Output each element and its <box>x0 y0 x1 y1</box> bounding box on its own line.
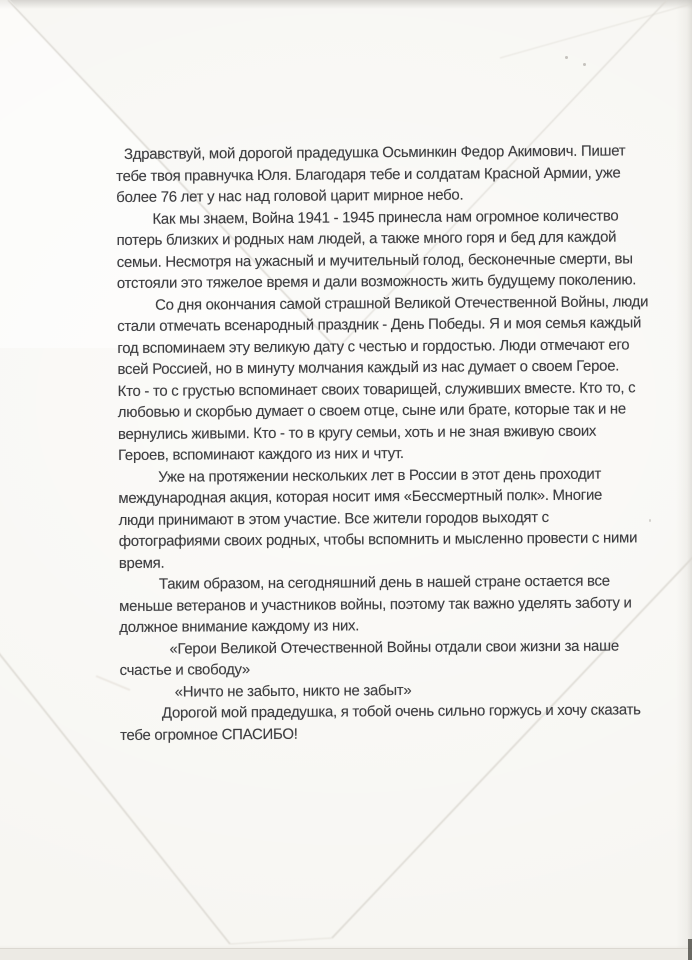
scan-speck <box>565 56 568 59</box>
scanned-page: Здравствуй, мой дорогой прадедушка Осьми… <box>0 0 692 960</box>
letter-line: отстояли это тяжелое время и дали возмож… <box>117 269 648 294</box>
letter-line: Здравствуй, мой дорогой прадедушка Осьми… <box>116 140 647 165</box>
scan-bottom-edge <box>0 948 692 960</box>
letter-line: «Герои Великой Отечественной Войны отдал… <box>119 635 650 660</box>
letter-line: тебе огромное СПАСИБО! <box>120 721 651 746</box>
crease-top-corner <box>500 4 691 58</box>
letter-line: международная акция, которая носит имя «… <box>118 484 649 509</box>
letter-line: тебе твоя правнучка Юля. Благодаря тебе … <box>116 162 647 187</box>
letter-line: любовью и скорбью думает о своем отце, с… <box>118 398 649 423</box>
letter-line: стали отмечать всенародный праздник - Де… <box>117 312 648 337</box>
crease-bottom-tip <box>230 938 332 944</box>
letter-line: Таким образом, на сегодняшний день в наш… <box>119 570 650 595</box>
letter-line: всей Россией, но в минуту молчания кажды… <box>117 355 648 380</box>
letter-body: Здравствуй, мой дорогой прадедушка Осьми… <box>116 140 651 746</box>
letter-line: потерь близких и родных нам людей, а так… <box>117 226 648 251</box>
letter-line: вернулись живыми. Кто - то в кругу семьи… <box>118 420 649 445</box>
scan-speck <box>649 519 651 522</box>
letter-line: меньше ветеранов и участников войны, поэ… <box>119 592 650 617</box>
scan-corner-shadow <box>688 939 692 960</box>
scan-speck <box>583 63 586 66</box>
letter-line: фотографиями своих родных, чтобы вспомни… <box>119 527 650 552</box>
letter-line: Дорогой мой прадедушка, я тобой очень си… <box>120 699 651 724</box>
